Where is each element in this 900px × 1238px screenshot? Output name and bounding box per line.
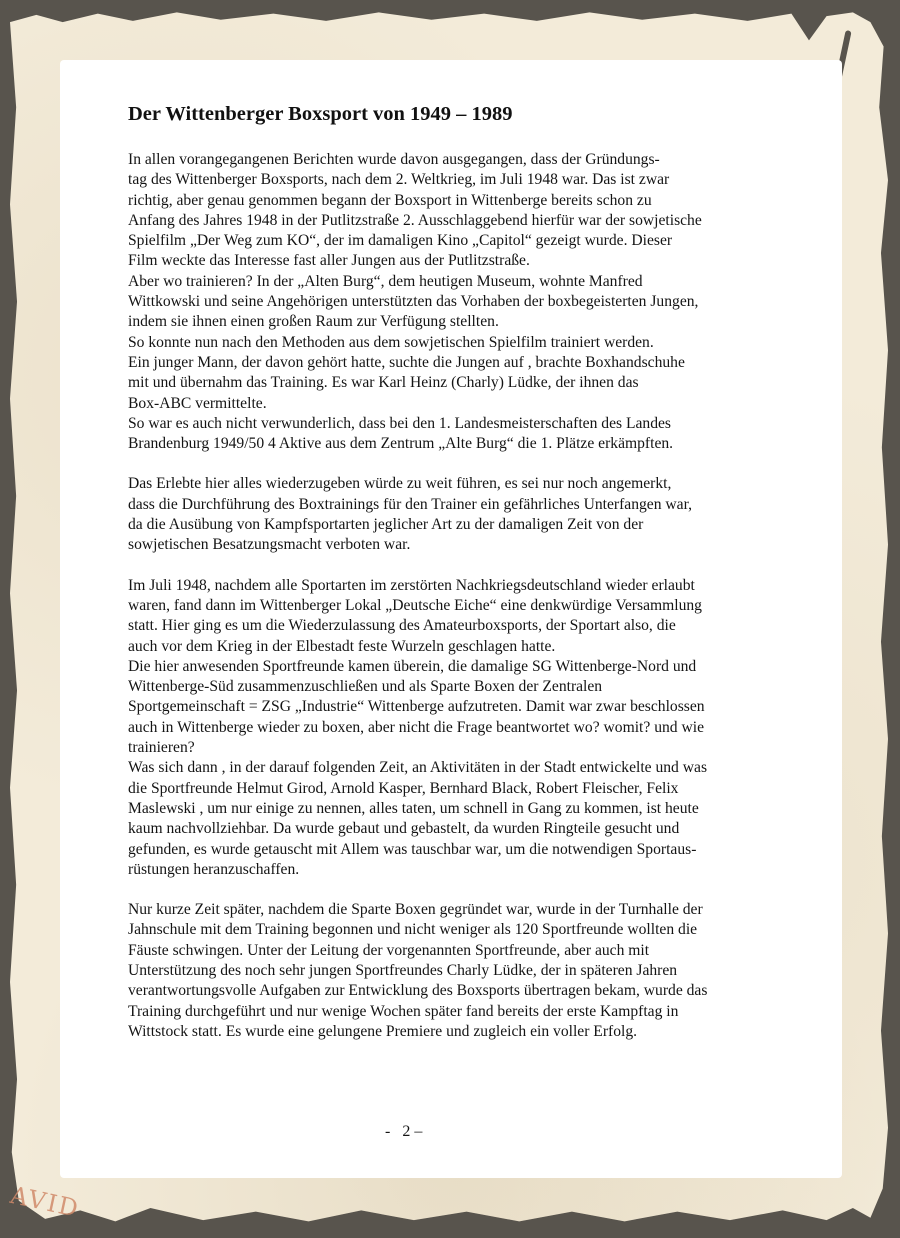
text-line: auch vor dem Krieg in der Elbestadt fest… bbox=[128, 637, 828, 657]
text-line: In allen vorangegangenen Berichten wurde… bbox=[128, 150, 828, 170]
text-line: Die hier anwesenden Sportfreunde kamen ü… bbox=[128, 657, 828, 677]
text-line: Das Erlebte hier alles wiederzugeben wür… bbox=[128, 474, 828, 494]
text-line: Wittstock statt. Es wurde eine gelungene… bbox=[128, 1022, 828, 1042]
paragraph: Das Erlebte hier alles wiederzugeben wür… bbox=[128, 474, 828, 555]
text-line: Fäuste schwingen. Unter der Leitung der … bbox=[128, 941, 828, 961]
text-line: sowjetischen Besatzungsmacht verboten wa… bbox=[128, 535, 828, 555]
text-line: Film weckte das Interesse fast aller Jun… bbox=[128, 251, 828, 271]
text-line: waren, fand dann im Wittenberger Lokal „… bbox=[128, 596, 828, 616]
document-title: Der Wittenberger Boxsport von 1949 – 198… bbox=[128, 103, 513, 126]
text-line: indem sie ihnen einen großen Raum zur Ve… bbox=[128, 312, 828, 332]
text-line: mit und übernahm das Training. Es war Ka… bbox=[128, 373, 828, 393]
text-line: Box-ABC vermittelte. bbox=[128, 394, 828, 414]
text-line: da die Ausübung von Kampfsportarten jegl… bbox=[128, 515, 828, 535]
text-line: Nur kurze Zeit später, nachdem die Spart… bbox=[128, 900, 828, 920]
text-line: trainieren? bbox=[128, 738, 828, 758]
text-line: Im Juli 1948, nachdem alle Sportarten im… bbox=[128, 576, 828, 596]
text-line: statt. Hier ging es um die Wiederzulassu… bbox=[128, 616, 828, 636]
paragraph-gap bbox=[128, 880, 828, 900]
text-line: Training durchgeführt und nur wenige Woc… bbox=[128, 1002, 828, 1022]
text-line: die Sportfreunde Helmut Girod, Arnold Ka… bbox=[128, 779, 828, 799]
document-page: Der Wittenberger Boxsport von 1949 – 198… bbox=[60, 60, 842, 1178]
text-line: Ein junger Mann, der davon gehört hatte,… bbox=[128, 353, 828, 373]
paragraph-gap bbox=[128, 556, 828, 576]
text-line: Wittenberge-Süd zusammenzuschließen und … bbox=[128, 677, 828, 697]
text-line: So war es auch nicht verwunderlich, dass… bbox=[128, 414, 828, 434]
text-line: Anfang des Jahres 1948 in der Putlitzstr… bbox=[128, 211, 828, 231]
text-line: Jahnschule mit dem Training begonnen und… bbox=[128, 920, 828, 940]
text-line: Was sich dann , in der darauf folgenden … bbox=[128, 758, 828, 778]
text-line: So konnte nun nach den Methoden aus dem … bbox=[128, 333, 828, 353]
text-line: Maslewski , um nur einige zu nennen, all… bbox=[128, 799, 828, 819]
text-line: Sportgemeinschaft = ZSG „Industrie“ Witt… bbox=[128, 697, 828, 717]
text-line: gefunden, es wurde getauscht mit Allem w… bbox=[128, 840, 828, 860]
paragraph-gap bbox=[128, 454, 828, 474]
text-line: Unterstützung des noch sehr jungen Sport… bbox=[128, 961, 828, 981]
text-line: auch in Wittenberge wieder zu boxen, abe… bbox=[128, 718, 828, 738]
paragraph: Im Juli 1948, nachdem alle Sportarten im… bbox=[128, 576, 828, 880]
paragraph: Nur kurze Zeit später, nachdem die Spart… bbox=[128, 900, 828, 1042]
page-number: - 2 – bbox=[385, 1123, 422, 1141]
paragraph: In allen vorangegangenen Berichten wurde… bbox=[128, 150, 828, 454]
text-line: Brandenburg 1949/50 4 Aktive aus dem Zen… bbox=[128, 434, 828, 454]
text-line: Aber wo trainieren? In der „Alten Burg“,… bbox=[128, 272, 828, 292]
text-line: verantwortungsvolle Aufgaben zur Entwick… bbox=[128, 981, 828, 1001]
text-line: dass die Durchführung des Boxtrainings f… bbox=[128, 495, 828, 515]
text-line: tag des Wittenberger Boxsports, nach dem… bbox=[128, 170, 828, 190]
text-line: Wittkowski und seine Angehörigen unterst… bbox=[128, 292, 828, 312]
document-body: In allen vorangegangenen Berichten wurde… bbox=[128, 150, 828, 1042]
text-line: Spielfilm „Der Weg zum KO“, der im damal… bbox=[128, 231, 828, 251]
text-line: richtig, aber genau genommen begann der … bbox=[128, 191, 828, 211]
text-line: kaum nachvollziehbar. Da wurde gebaut un… bbox=[128, 819, 828, 839]
text-line: rüstungen heranzuschaffen. bbox=[128, 860, 828, 880]
